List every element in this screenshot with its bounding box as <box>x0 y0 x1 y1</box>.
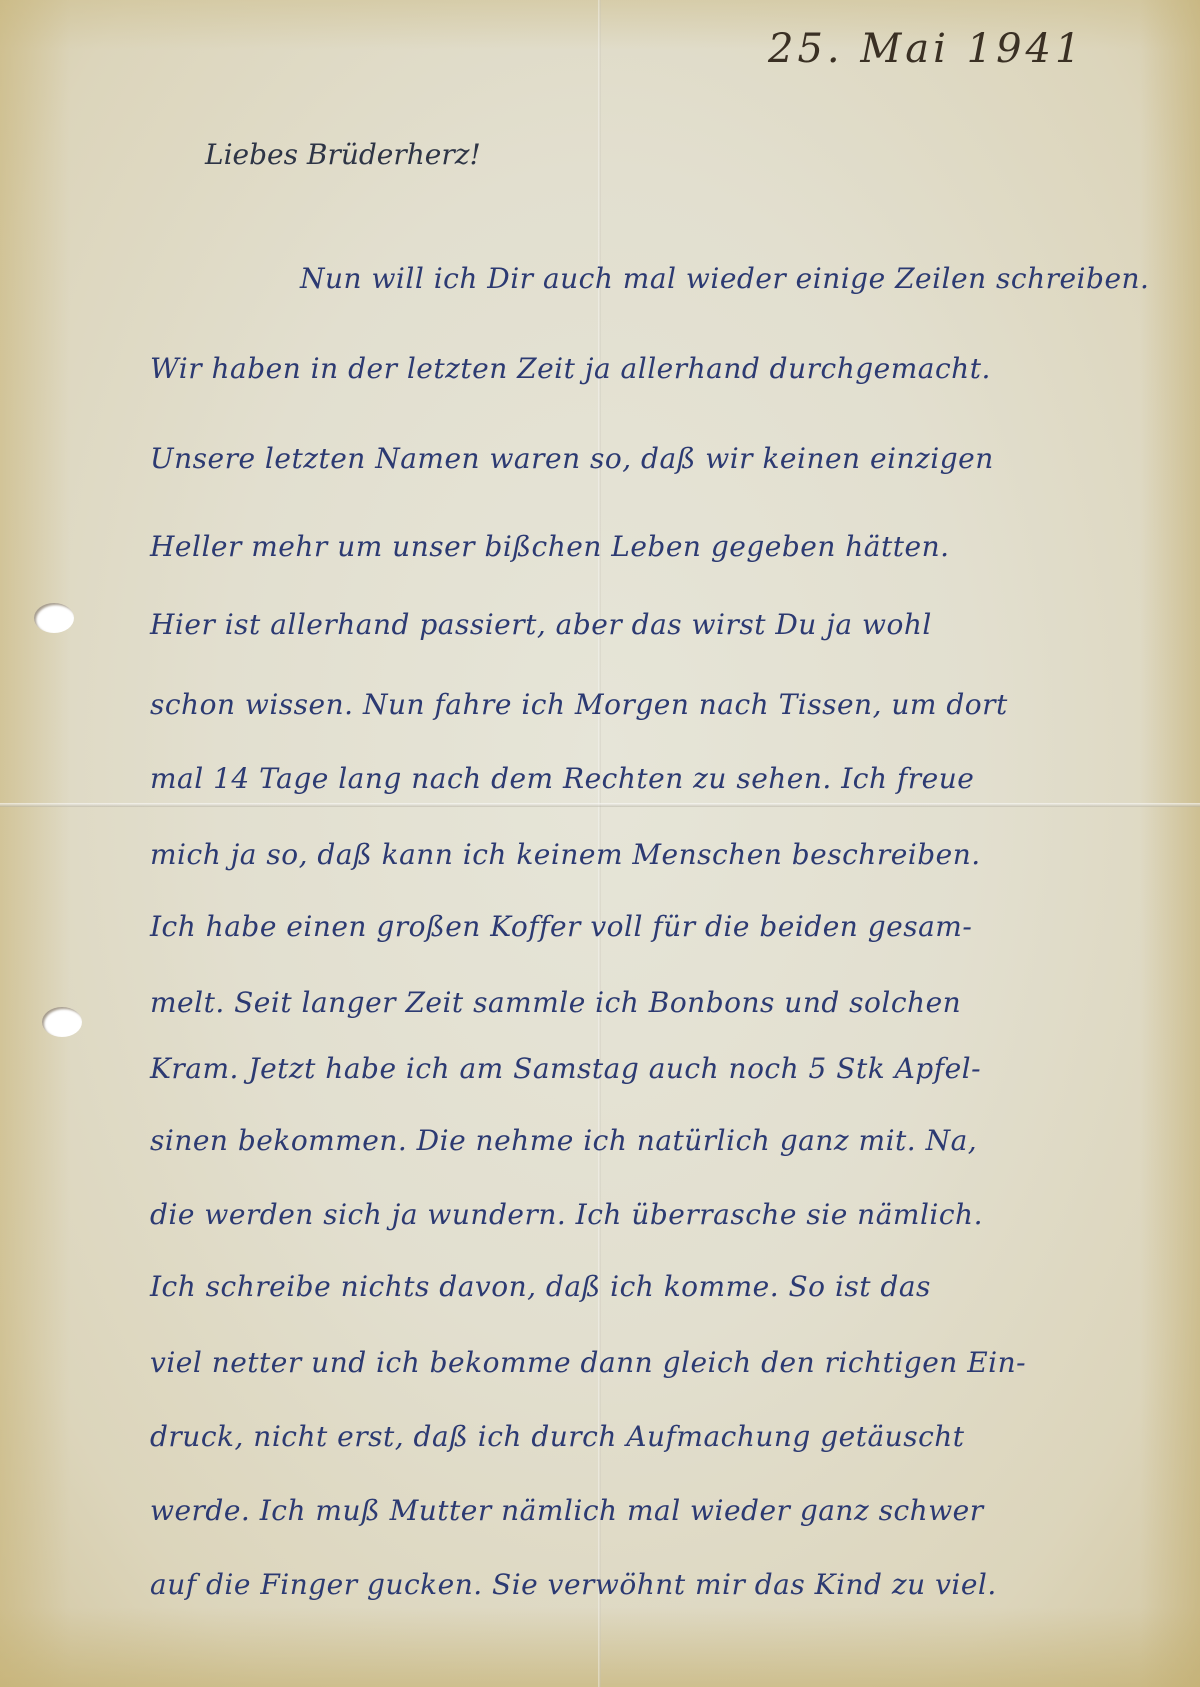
letter-line: werde. Ich muß Mutter nämlich mal wieder… <box>150 1494 1200 1527</box>
paper-aging-left <box>0 0 70 1687</box>
letter-line: schon wissen. Nun fahre ich Morgen nach … <box>150 688 1200 721</box>
punch-hole-icon <box>42 1007 82 1037</box>
punch-hole-icon <box>34 603 74 633</box>
letter-line: Nun will ich Dir auch mal wieder einige … <box>300 262 1200 295</box>
letter-line: Ich schreibe nichts davon, daß ich komme… <box>150 1270 1200 1303</box>
letter-line: Heller mehr um unser bißchen Leben gegeb… <box>150 530 1200 563</box>
letter-line: melt. Seit langer Zeit sammle ich Bonbon… <box>150 986 1200 1019</box>
letter-line: Unsere letzten Namen waren so, daß wir k… <box>150 442 1200 475</box>
letter-line: druck, nicht erst, daß ich durch Aufmach… <box>150 1420 1200 1453</box>
letter-line: mich ja so, daß kann ich keinem Menschen… <box>150 838 1200 871</box>
letter-date: 25. Mai 1941 <box>768 26 1084 72</box>
letter-line: sinen bekommen. Die nehme ich natürlich … <box>150 1124 1200 1157</box>
horizontal-fold-crease <box>0 803 1200 807</box>
letter-line: mal 14 Tage lang nach dem Rechten zu seh… <box>150 762 1200 795</box>
letter-page: 25. Mai 1941 Liebes Brüderherz! Nun will… <box>0 0 1200 1687</box>
letter-line: die werden sich ja wundern. Ich überrasc… <box>150 1198 1200 1231</box>
letter-line: Ich habe einen großen Koffer voll für di… <box>150 910 1200 943</box>
letter-line: Hier ist allerhand passiert, aber das wi… <box>150 608 1200 641</box>
letter-salutation: Liebes Brüderherz! <box>205 138 481 171</box>
letter-line: Kram. Jetzt habe ich am Samstag auch noc… <box>150 1052 1200 1085</box>
letter-line: viel netter und ich bekomme dann gleich … <box>150 1346 1200 1379</box>
letter-line: auf die Finger gucken. Sie verwöhnt mir … <box>150 1568 1200 1601</box>
letter-line: Wir haben in der letzten Zeit ja allerha… <box>150 352 1200 385</box>
